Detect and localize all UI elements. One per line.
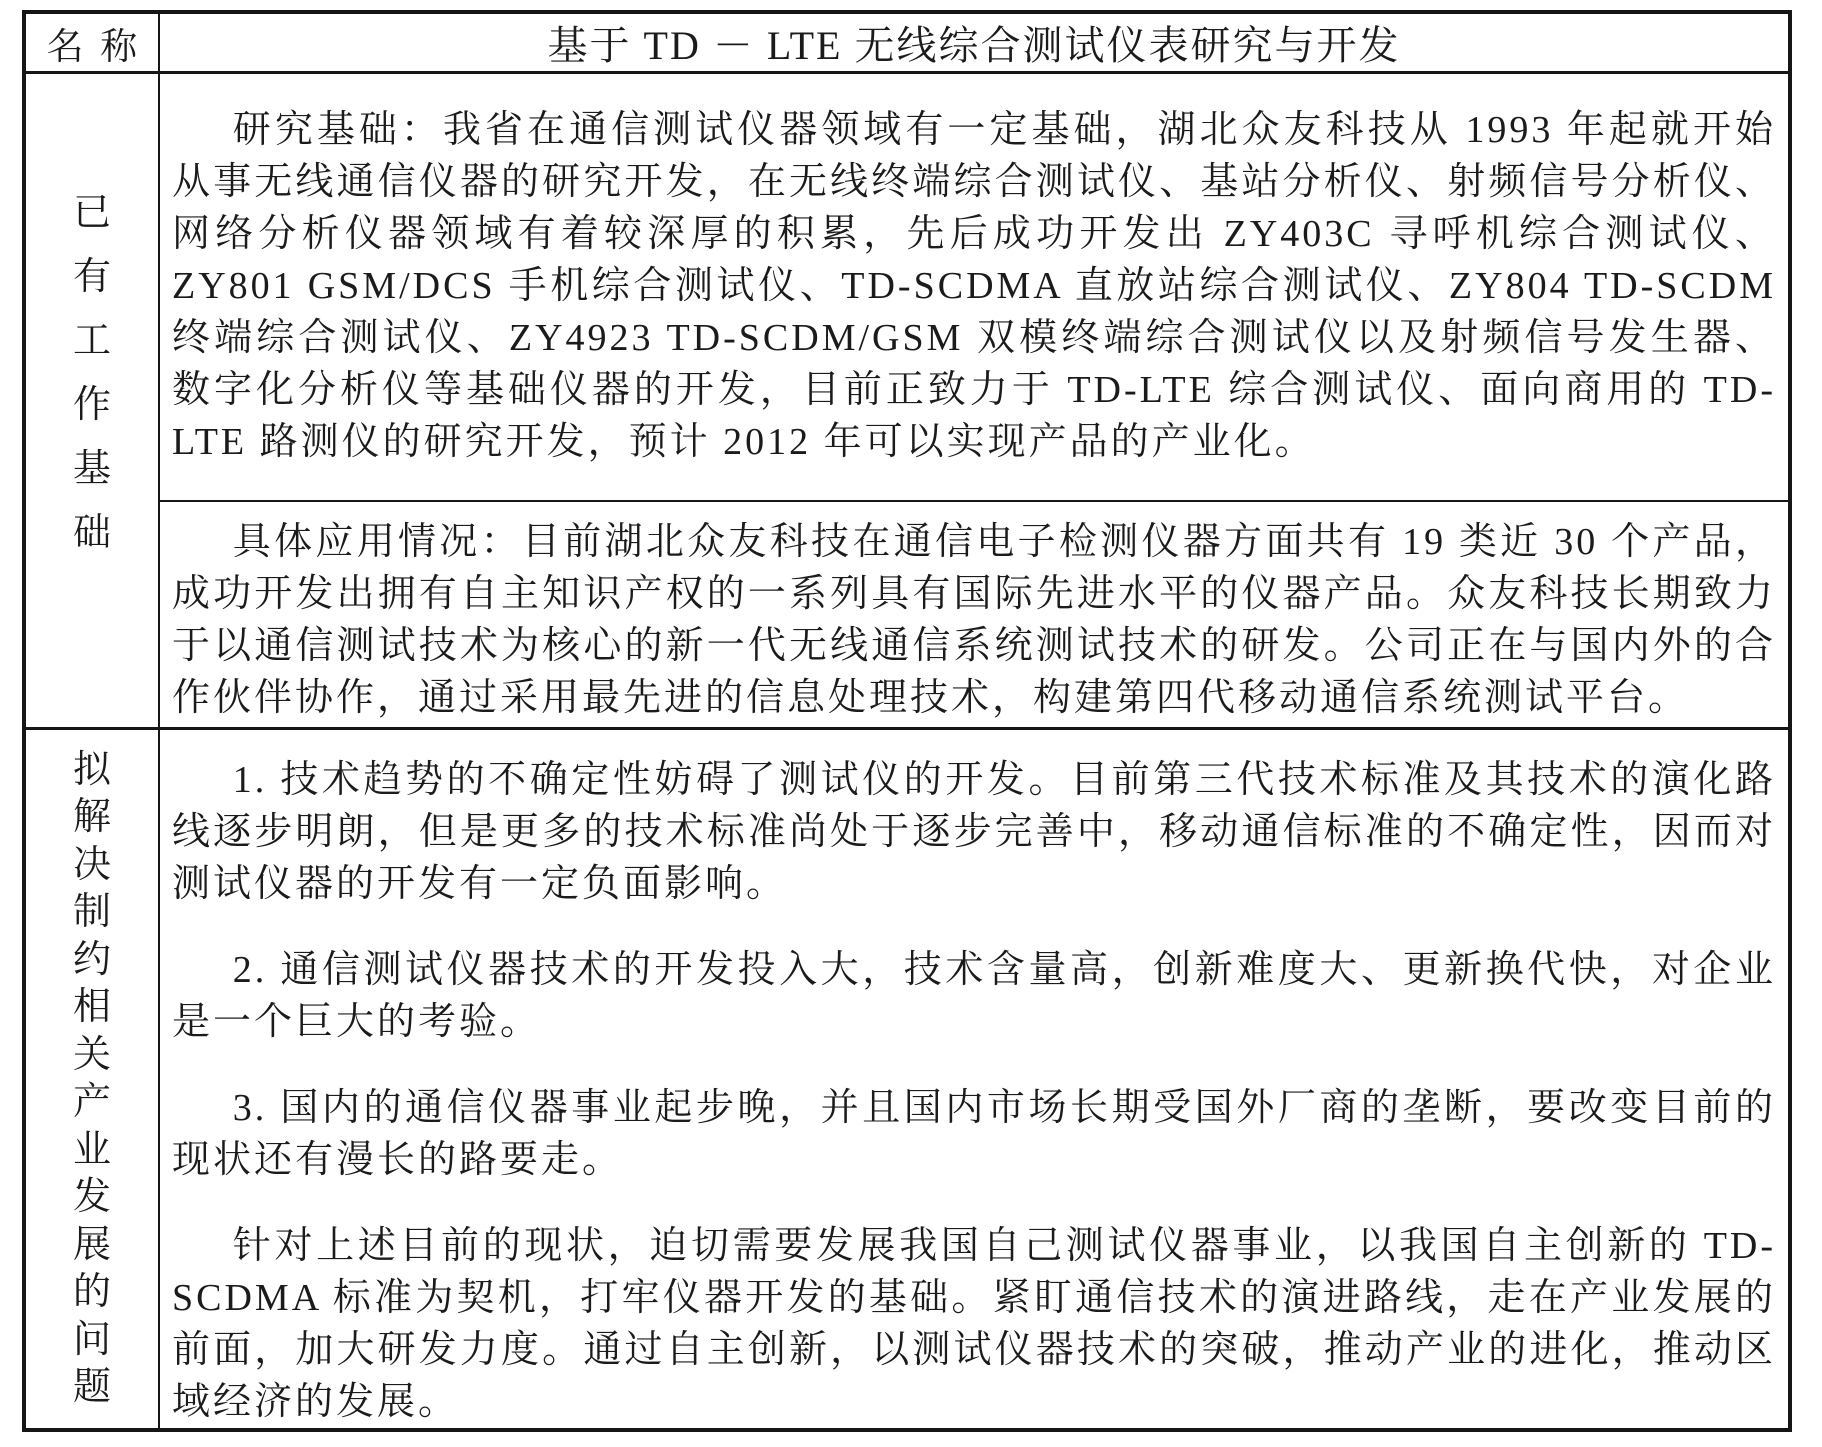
foundation-label-char: 已 <box>73 181 111 245</box>
problems-label-char: 制 <box>73 889 111 937</box>
problems-label-char: 展 <box>73 1222 111 1270</box>
problem-paragraph-2: 2. 通信测试仪器技术的开发投入大，技术含量高，创新难度大、更新换代快，对企业是… <box>172 944 1776 1048</box>
name-label-cell: 名称 <box>26 14 160 71</box>
problems-label-char: 拟 <box>73 747 111 795</box>
foundation-label-char: 工 <box>73 309 111 373</box>
row-project-name: 名称 基于 TD － LTE 无线综合测试仪表研究与开发 <box>26 14 1788 74</box>
application-status-cell: 具体应用情况：目前湖北众友科技在通信电子检测仪器方面共有 19 类近 30 个产… <box>160 502 1788 727</box>
foundation-label-char: 础 <box>73 501 111 565</box>
project-title: 基于 TD － LTE 无线综合测试仪表研究与开发 <box>548 14 1401 71</box>
problems-label-char: 产 <box>73 1079 111 1127</box>
foundation-content-cell: 研究基础：我省在通信测试仪器领域有一定基础，湖北众友科技从 1993 年起就开始… <box>160 74 1788 727</box>
problems-label-char: 相 <box>73 984 111 1032</box>
problem-paragraph-3: 3. 国内的通信仪器事业起步晚，并且国内市场长期受国外厂商的垄断，要改变目前的现… <box>172 1082 1776 1186</box>
problems-label-char: 解 <box>73 794 111 842</box>
row-problems-to-solve: 拟 解 决 制 约 相 关 产 业 发 展 的 问 题 1. 技术趋势的不确定性… <box>26 730 1788 1428</box>
foundation-label-cell: 已 有 工 作 基 础 <box>26 74 160 727</box>
project-title-cell: 基于 TD － LTE 无线综合测试仪表研究与开发 <box>160 14 1788 71</box>
problems-label-char: 业 <box>73 1127 111 1175</box>
problems-label-cell: 拟 解 决 制 约 相 关 产 业 发 展 的 问 题 <box>26 730 160 1428</box>
row-existing-work-foundation: 已 有 工 作 基 础 研究基础：我省在通信测试仪器领域有一定基础，湖北众友科技… <box>26 74 1788 730</box>
problem-paragraph-4: 针对上述目前的现状，迫切需要发展我国自己测试仪器事业，以我国自主创新的 TD-S… <box>172 1220 1776 1428</box>
problems-label-char: 发 <box>73 1174 111 1222</box>
research-basis-cell: 研究基础：我省在通信测试仪器领域有一定基础，湖北众友科技从 1993 年起就开始… <box>160 74 1788 502</box>
foundation-label-char: 基 <box>73 437 111 501</box>
problems-label-char: 题 <box>73 1364 111 1412</box>
problems-label-char: 约 <box>73 937 111 985</box>
problems-label-char: 的 <box>73 1269 111 1317</box>
problem-paragraph-1: 1. 技术趋势的不确定性妨碍了测试仪的开发。目前第三代技术标准及其技术的演化路线… <box>172 754 1776 910</box>
application-status-paragraph: 具体应用情况：目前湖北众友科技在通信电子检测仪器方面共有 19 类近 30 个产… <box>172 516 1776 724</box>
name-label: 名称 <box>30 16 154 70</box>
foundation-label-char: 有 <box>73 245 111 309</box>
foundation-label-char: 作 <box>73 373 111 437</box>
project-info-table: 名称 基于 TD － LTE 无线综合测试仪表研究与开发 已 有 工 作 基 础… <box>22 10 1792 1432</box>
problems-label-char: 决 <box>73 842 111 890</box>
problems-label-char: 关 <box>73 1032 111 1080</box>
problems-label-char: 问 <box>73 1317 111 1365</box>
problems-content-cell: 1. 技术趋势的不确定性妨碍了测试仪的开发。目前第三代技术标准及其技术的演化路线… <box>160 730 1788 1428</box>
research-basis-paragraph: 研究基础：我省在通信测试仪器领域有一定基础，湖北众友科技从 1993 年起就开始… <box>172 104 1776 468</box>
